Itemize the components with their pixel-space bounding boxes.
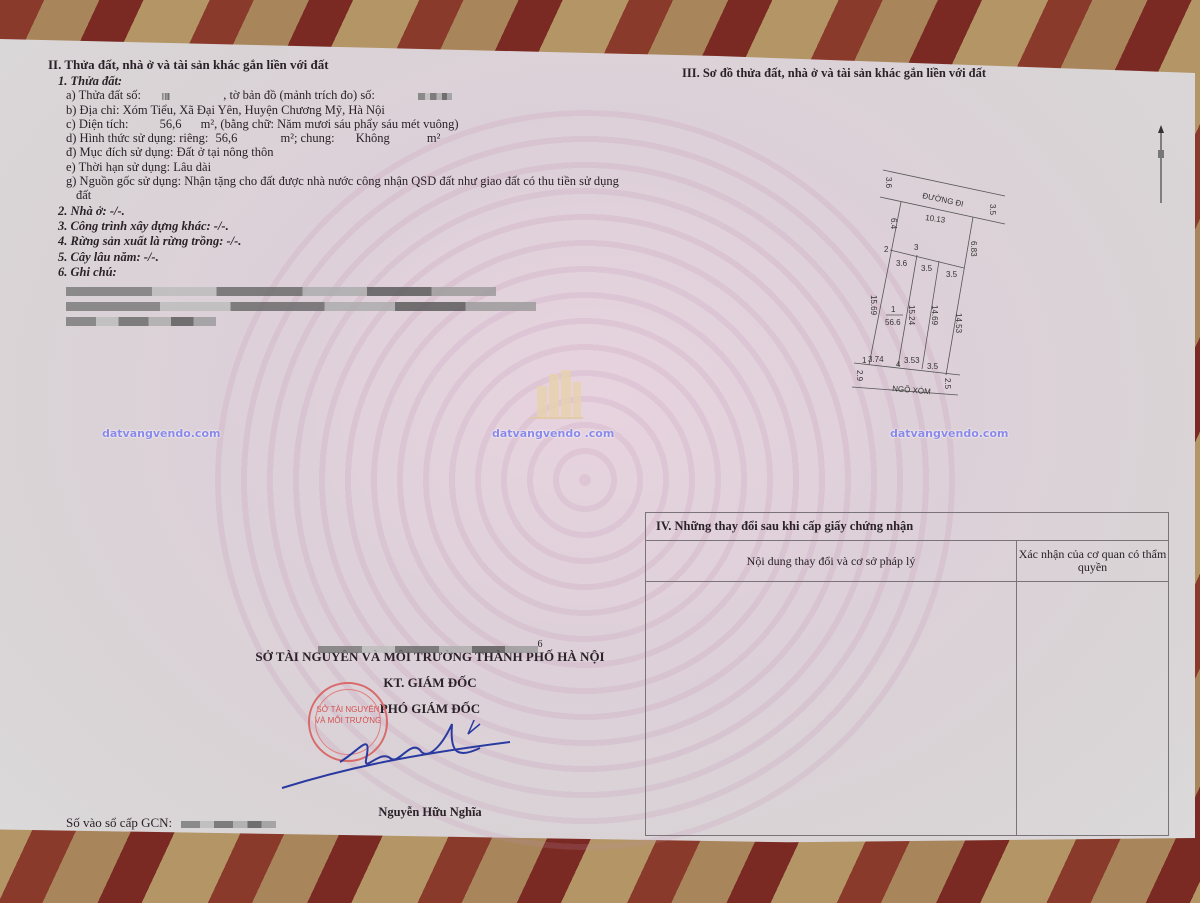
parcel-row: a) Thửa đất số: , tờ bản đồ (mảnh trích … — [66, 88, 628, 102]
watermark-left: datvangvendo.com — [102, 427, 220, 440]
redacted-map-sheet — [418, 93, 452, 100]
svg-text:14.69: 14.69 — [930, 305, 939, 326]
other-construction-row: 3. Công trình xây dựng khác: -/-. — [58, 219, 628, 233]
handwritten-signature-icon — [280, 720, 520, 805]
gcn-register-row: Số vào sổ cấp GCN: — [66, 815, 276, 831]
notes-redacted — [66, 287, 628, 326]
svg-text:3.6: 3.6 — [884, 177, 893, 189]
svg-text:NGÕ XÓM: NGÕ XÓM — [892, 384, 932, 396]
signature-block: 6 SỞ TÀI NGUYÊN VÀ MÔI TRƯỜNG THÀNH PHỐ … — [220, 632, 640, 722]
term-row: e) Thời hạn sử dụng: Lâu dài — [66, 160, 628, 174]
svg-text:10.13: 10.13 — [925, 213, 947, 225]
usage-shared: Không — [356, 131, 390, 145]
svg-text:3: 3 — [914, 243, 919, 252]
svg-text:6.83: 6.83 — [969, 241, 978, 257]
svg-text:1: 1 — [862, 356, 867, 365]
area-words: m², (bằng chữ: Năm mươi sáu phẩy sáu mét… — [201, 117, 459, 131]
svg-text:56.6: 56.6 — [885, 318, 901, 327]
parcel-diagram: ĐƯỜNG ĐI NGÕ XÓM 10.13 3.6 3.5 2.9 2.5 6… — [840, 165, 1040, 410]
svg-text:15.69: 15.69 — [869, 295, 878, 316]
changes-table: IV. Những thay đổi sau khi cấp giấy chứn… — [645, 512, 1169, 836]
svg-text:6.4: 6.4 — [889, 218, 898, 230]
usage-private: 56,6 — [215, 131, 237, 145]
svg-text:3.74: 3.74 — [868, 355, 884, 364]
usage-form-label: d) Hình thức sử dụng: riêng: — [66, 131, 208, 145]
section-2-content: 1. Thửa đất: a) Thửa đất số: , tờ bản đồ… — [48, 74, 628, 332]
section-3-title: III. Sơ đồ thửa đất, nhà ở và tài sản kh… — [682, 66, 986, 81]
redacted-date — [318, 646, 538, 653]
area-value: 56,6 — [160, 117, 182, 131]
redacted-parcel-number — [162, 93, 170, 100]
date-line: 6 — [220, 632, 640, 644]
svg-text:3.5: 3.5 — [927, 362, 939, 371]
notes-heading: 6. Ghi chú: — [58, 265, 628, 279]
redacted-note-line — [66, 317, 216, 326]
origin-row: g) Nguồn gốc sử dụng: Nhận tặng cho đất … — [66, 174, 621, 203]
usage-form-row: d) Hình thức sử dụng: riêng: 56,6 m²; ch… — [66, 131, 628, 145]
map-sheet-label: , tờ bản đồ (mảnh trích đo) số: — [223, 88, 375, 102]
svg-text:3.53: 3.53 — [904, 356, 920, 365]
parcel-label: a) Thửa đất số: — [66, 88, 141, 102]
svg-text:14.53: 14.53 — [954, 313, 963, 334]
changes-table-body — [646, 582, 1168, 835]
svg-text:2.5: 2.5 — [943, 378, 952, 390]
land-heading: 1. Thửa đất: — [58, 74, 628, 88]
house-row: 2. Nhà ở: -/-. — [58, 204, 628, 218]
redacted-note-line — [66, 287, 496, 296]
date-suffix: 6 — [538, 639, 543, 650]
column-change-content: Nội dung thay đổi và cơ sở pháp lý — [646, 541, 1017, 581]
usage-shared-unit: m² — [427, 131, 440, 145]
building-logo-icon — [525, 368, 585, 420]
area-row: c) Diện tích: 56,6 m², (bằng chữ: Năm mư… — [66, 117, 628, 131]
redacted-gcn-number — [181, 821, 276, 828]
svg-text:ĐƯỜNG ĐI: ĐƯỜNG ĐI — [922, 191, 965, 208]
on-behalf-line: KT. GIÁM ĐỐC — [220, 670, 640, 696]
section-2-title: II. Thửa đất, nhà ở và tài sản khác gắn … — [48, 57, 329, 73]
watermark-right: datvangvendo.com — [890, 427, 1008, 440]
address-row: b) Địa chỉ: Xóm Tiểu, Xã Đại Yên, Huyện … — [66, 103, 628, 117]
redacted-note-line — [66, 302, 536, 311]
change-content-cell — [646, 582, 1017, 835]
gcn-label: Số vào sổ cấp GCN: — [66, 815, 172, 830]
usage-shared-label: m²; chung: — [280, 131, 334, 145]
section-4-title: IV. Những thay đổi sau khi cấp giấy chứn… — [646, 513, 1168, 541]
purpose-row: đ) Mục đích sử dụng: Đất ở tại nông thôn — [66, 145, 628, 159]
north-arrow-icon — [1155, 125, 1167, 210]
svg-text:3.5: 3.5 — [946, 270, 958, 279]
authority-cell — [1017, 582, 1168, 835]
signer-position: PHÓ GIÁM ĐỐC — [220, 696, 640, 722]
svg-text:15.24: 15.24 — [907, 305, 916, 326]
column-authority-confirmation: Xác nhận của cơ quan có thẩm quyền — [1017, 541, 1168, 581]
svg-text:3.5: 3.5 — [921, 264, 933, 273]
signer-name: Nguyễn Hữu Nghĩa — [220, 805, 640, 820]
svg-text:4: 4 — [896, 360, 901, 369]
forest-row: 4. Rừng sản xuất là rừng trồng: -/-. — [58, 234, 628, 248]
watermark-center: datvangvendo .com — [492, 427, 614, 440]
changes-table-header: Nội dung thay đổi và cơ sở pháp lý Xác n… — [646, 541, 1168, 582]
svg-text:3.6: 3.6 — [896, 259, 908, 268]
svg-text:3.5: 3.5 — [988, 204, 997, 216]
svg-text:2: 2 — [884, 245, 889, 254]
perennial-row: 5. Cây lâu năm: -/-. — [58, 250, 628, 264]
svg-text:2.9: 2.9 — [855, 370, 864, 382]
svg-text:1: 1 — [891, 305, 896, 314]
area-label: c) Diện tích: — [66, 117, 128, 131]
